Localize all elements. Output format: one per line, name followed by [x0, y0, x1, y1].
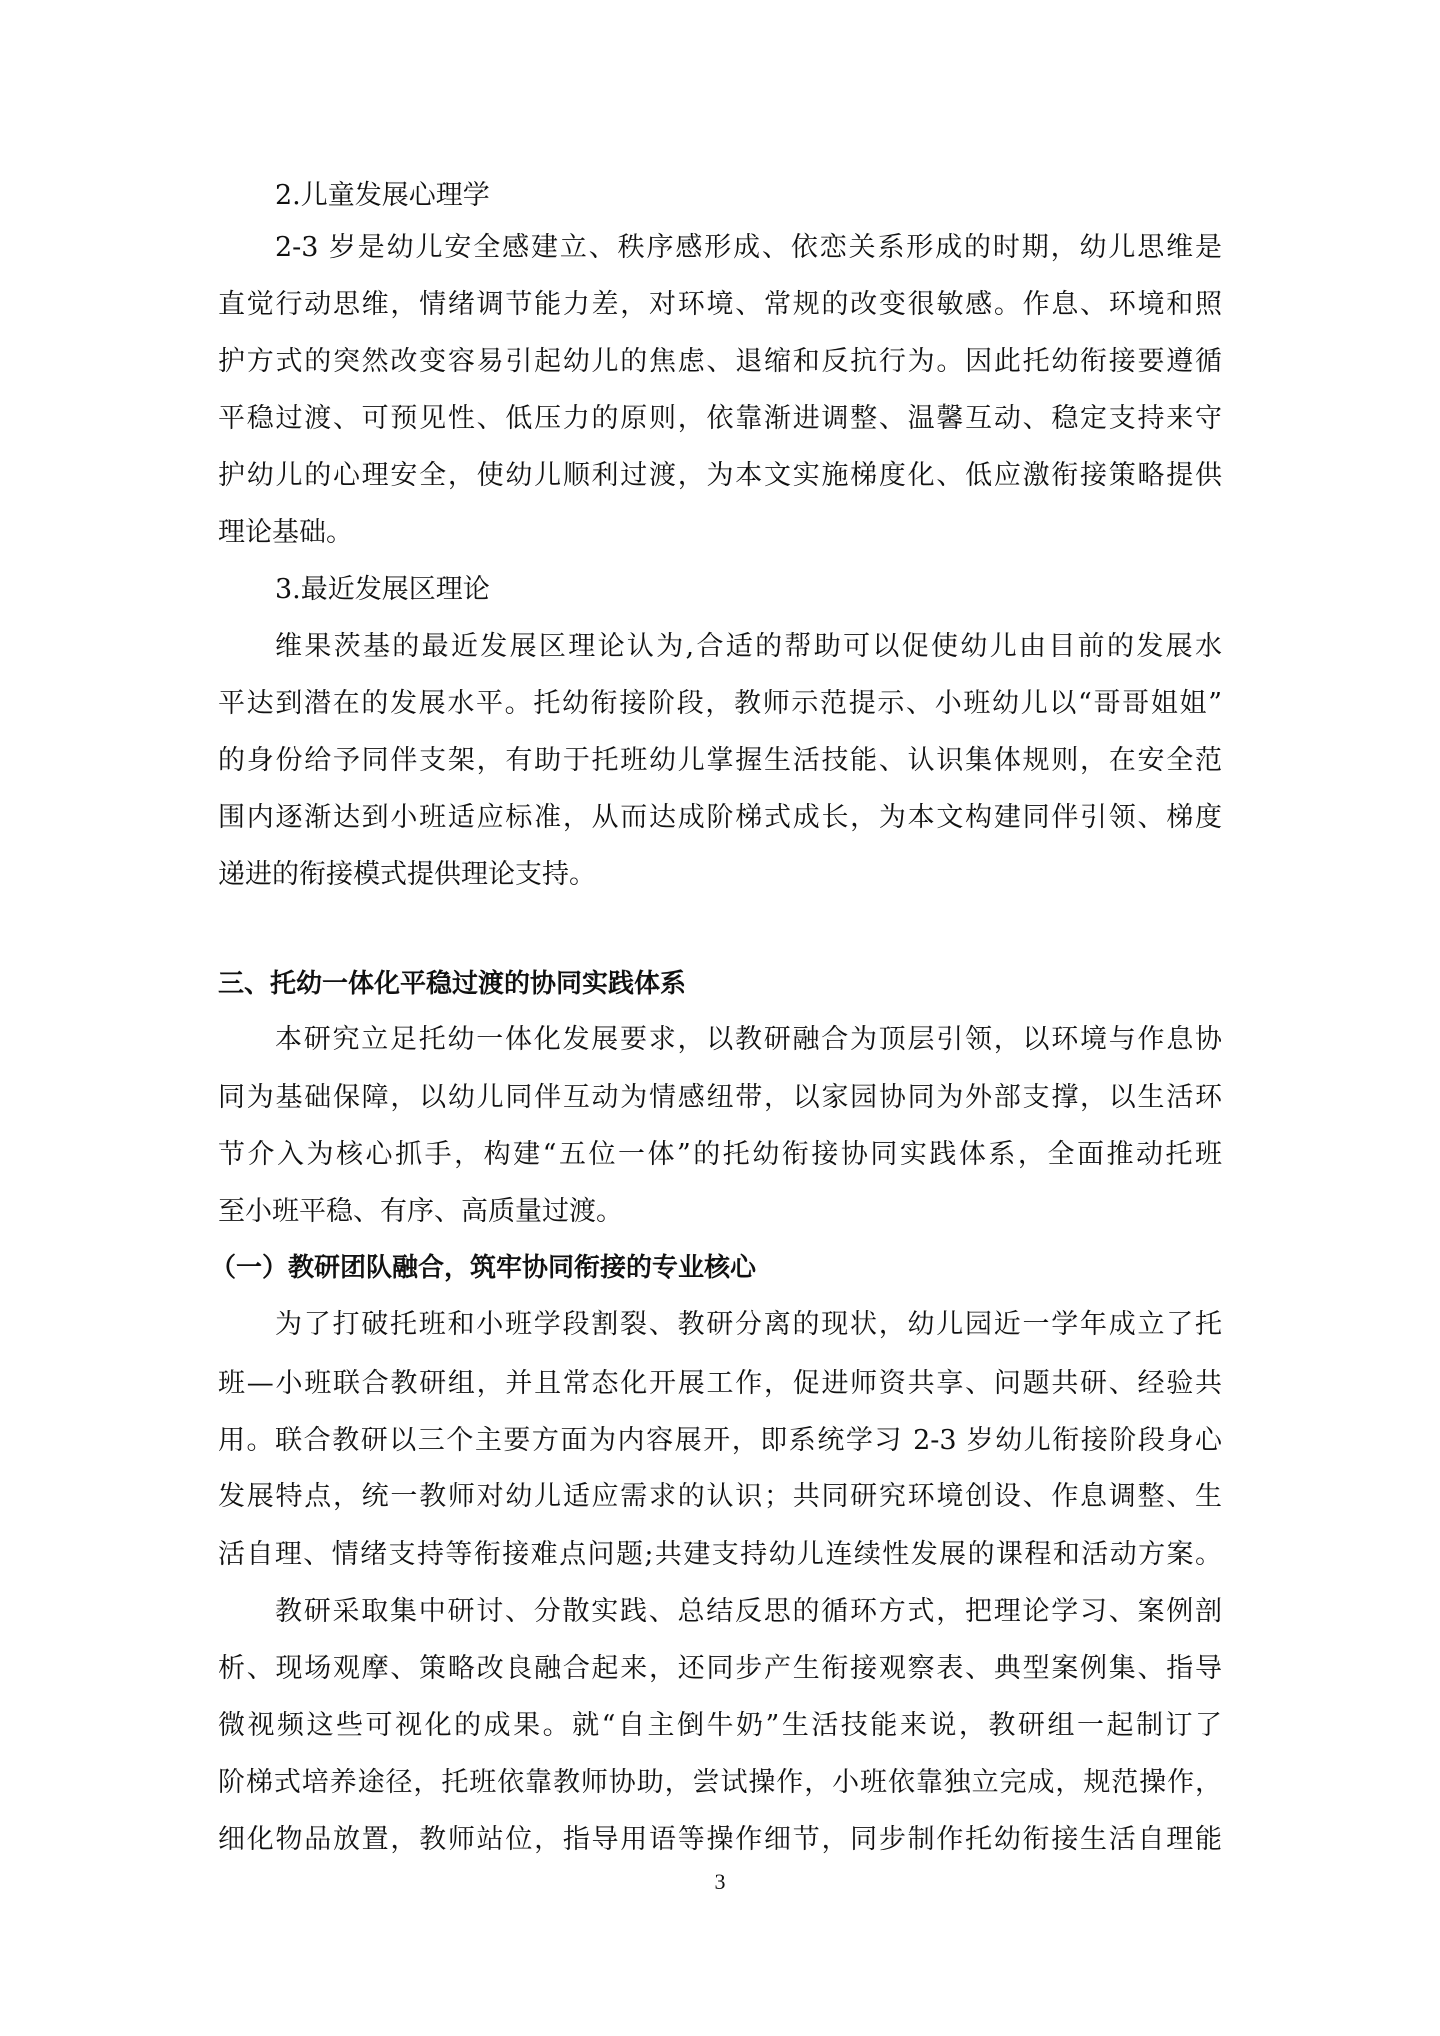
page-number: 3: [700, 1864, 740, 1900]
paragraph-line: 发展特点，统一教师对幼儿适应需求的认识；共同研究环境创设、作息调整、生: [218, 1477, 1222, 1517]
paragraph-line: 维果茨基的最近发展区理论认为,合适的帮助可以促使幼儿由目前的发展水: [275, 627, 1222, 667]
paragraph-line: 理论基础。: [218, 513, 1222, 553]
paragraph-line: 活自理、情绪支持等衔接难点问题;共建支持幼儿连续性发展的课程和活动方案。: [218, 1535, 1222, 1575]
document-page: 2.儿童发展心理学 2-3 岁是幼儿安全感建立、秩序感形成、依恋关系形成的时期，…: [0, 0, 1440, 2036]
paragraph-line: 析、现场观摩、策略改良融合起来，还同步产生衔接观察表、典型案例集、指导: [218, 1649, 1222, 1689]
paragraph-line: 的身份给予同伴支架，有助于托班幼儿掌握生活技能、认识集体规则，在安全范: [218, 741, 1222, 781]
paragraph-line: 细化物品放置，教师站位，指导用语等操作细节，同步制作托幼衔接生活自理能: [218, 1820, 1222, 1860]
subsection-heading-child-psychology: 2.儿童发展心理学: [275, 176, 875, 216]
paragraph-line: 班—小班联合教研组，并且常态化开展工作，促进师资共享、问题共研、经验共: [218, 1364, 1222, 1404]
paragraph-line: 为了打破托班和小班学段割裂、教研分离的现状，幼儿园近一学年成立了托: [275, 1305, 1222, 1345]
paragraph-line: 护方式的突然改变容易引起幼儿的焦虑、退缩和反抗行为。因此托幼衔接要遵循: [218, 342, 1222, 382]
subsection-heading-zpd-theory: 3.最近发展区理论: [275, 570, 875, 610]
paragraph-line: 同为基础保障，以幼儿同伴互动为情感纽带，以家园协同为外部支撑，以生活环: [218, 1078, 1222, 1118]
section-heading-practice-system: 三、托幼一体化平稳过渡的协同实践体系: [218, 964, 1222, 1004]
paragraph-line: 教研采取集中研讨、分散实践、总结反思的循环方式，把理论学习、案例剖: [275, 1592, 1222, 1632]
subsection-heading-research-team: （一）教研团队融合，筑牢协同衔接的专业核心: [210, 1248, 1214, 1288]
paragraph-line: 2-3 岁是幼儿安全感建立、秩序感形成、依恋关系形成的时期，幼儿思维是: [275, 228, 1222, 268]
paragraph-line: 阶梯式培养途径，托班依靠教师协助，尝试操作，小班依靠独立完成，规范操作，: [218, 1763, 1222, 1803]
paragraph-line: 本研究立足托幼一体化发展要求，以教研融合为顶层引领，以环境与作息协: [275, 1020, 1222, 1060]
paragraph-line: 用。联合教研以三个主要方面为内容展开，即系统学习 2-3 岁幼儿衔接阶段身心: [218, 1421, 1222, 1461]
paragraph-line: 围内逐渐达到小班适应标准，从而达成阶梯式成长，为本文构建同伴引领、梯度: [218, 798, 1222, 838]
paragraph-line: 递进的衔接模式提供理论支持。: [218, 855, 1222, 895]
paragraph-line: 节介入为核心抓手，构建“五位一体”的托幼衔接协同实践体系，全面推动托班: [218, 1135, 1222, 1175]
paragraph-line: 微视频这些可视化的成果。就“自主倒牛奶”生活技能来说，教研组一起制订了: [218, 1706, 1222, 1746]
paragraph-line: 护幼儿的心理安全，使幼儿顺利过渡，为本文实施梯度化、低应激衔接策略提供: [218, 456, 1222, 496]
paragraph-line: 平稳过渡、可预见性、低压力的原则，依靠渐进调整、温馨互动、稳定支持来守: [218, 399, 1222, 439]
paragraph-line: 直觉行动思维，情绪调节能力差，对环境、常规的改变很敏感。作息、环境和照: [218, 285, 1222, 325]
paragraph-line: 至小班平稳、有序、高质量过渡。: [218, 1192, 1222, 1232]
paragraph-line: 平达到潜在的发展水平。托幼衔接阶段，教师示范提示、小班幼儿以“哥哥姐姐”: [218, 684, 1222, 724]
